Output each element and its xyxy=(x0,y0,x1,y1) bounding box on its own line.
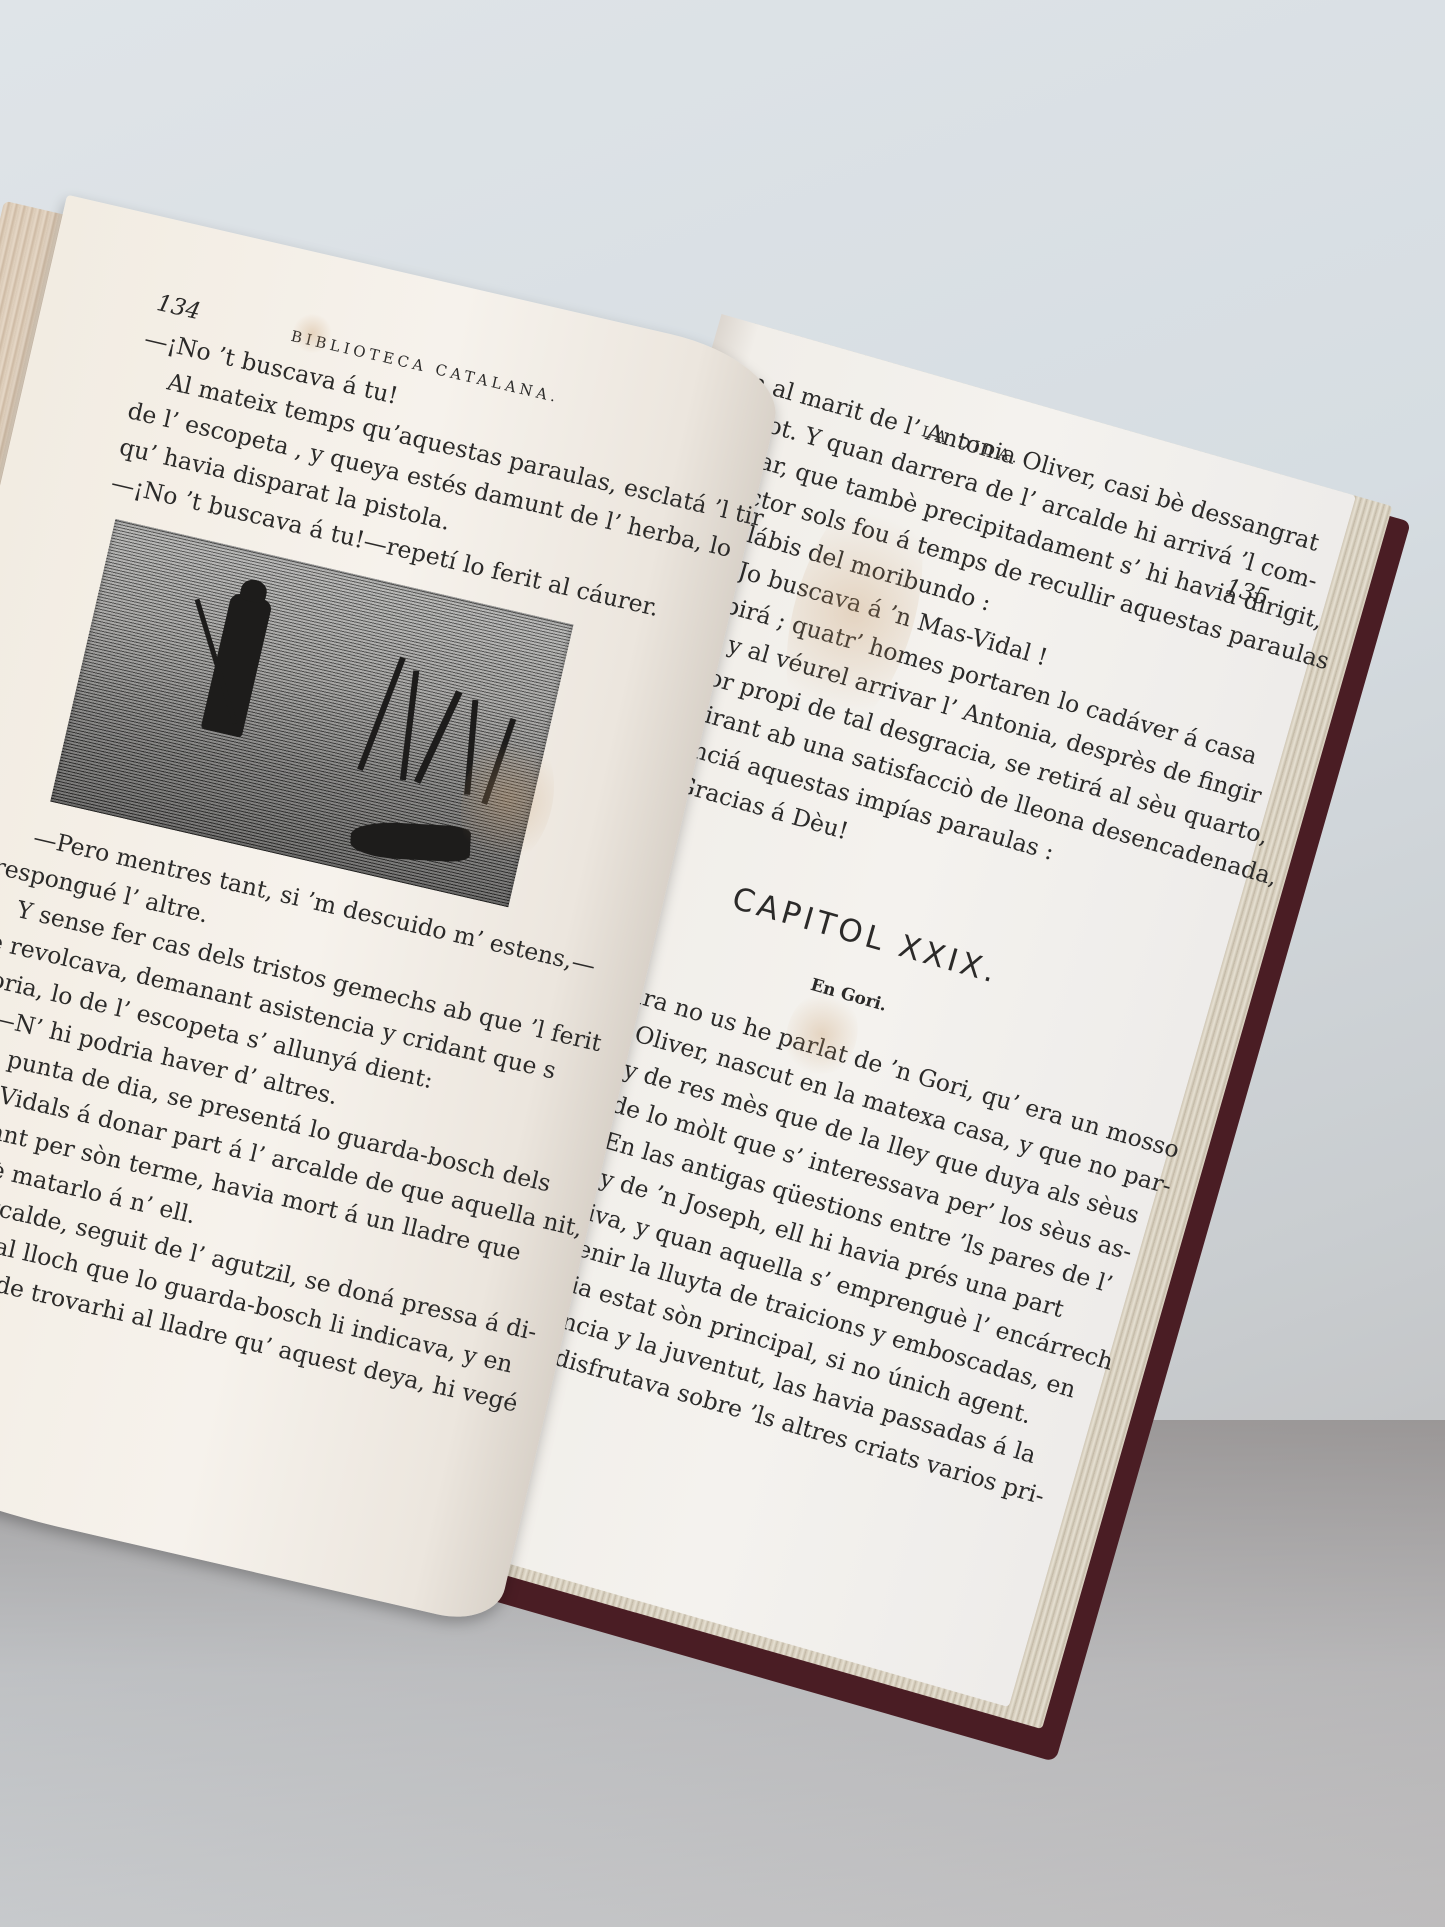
standing-man-figure xyxy=(201,592,273,738)
reed xyxy=(414,690,463,784)
reed xyxy=(357,657,406,771)
reed xyxy=(400,670,419,780)
fallen-man-figure xyxy=(350,820,472,862)
page-number-left: 134 xyxy=(154,290,203,325)
